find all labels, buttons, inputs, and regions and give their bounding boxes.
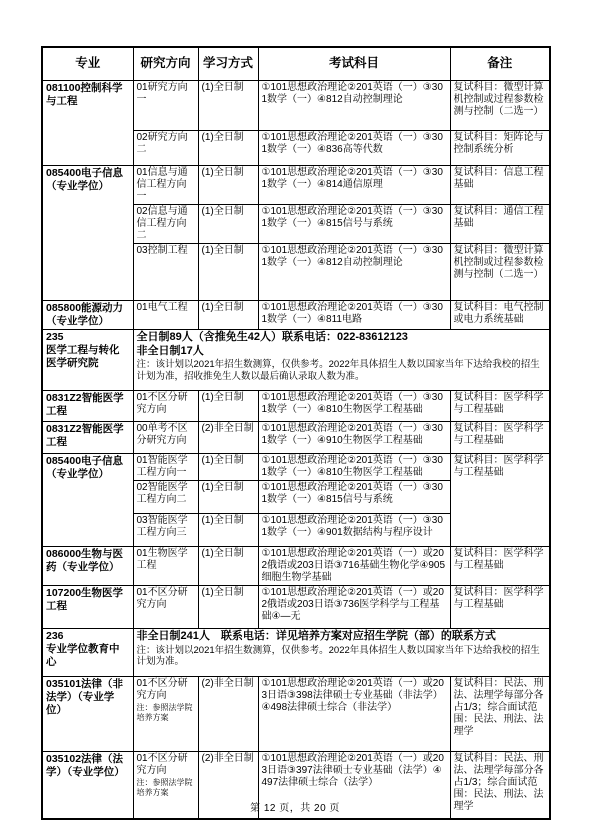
direction-cell: 02研究方向二: [133, 130, 198, 165]
exam-cell: ①101思想政治理论②201英语（一）③301数学（一）④910生物医学工程基础: [258, 421, 450, 453]
exam-cell: ①101思想政治理论②201英语（一）③301数学（一）④812自动控制理论: [258, 243, 450, 300]
section-dept-cell: 236 专业学位教育中心: [42, 628, 133, 676]
major-cell: 0831Z2智能医学工程: [42, 390, 133, 421]
table-row: 0831Z2智能医学工程 00单考不区分研究方向 (2)非全日制 ①101思想政…: [42, 421, 550, 453]
mode-cell: (1)全日制: [198, 80, 258, 130]
major-cell: 085400电子信息（专业学位）: [42, 453, 133, 546]
direction-cell: 01研究方向一: [133, 80, 198, 130]
section-info-cell: 全日制89人（含推免生42人）联系电话：022-83612123 非全日制17人…: [133, 329, 550, 390]
table-header-row: 专业 研究方向 学习方式 考试科目 备注: [42, 47, 550, 80]
table-row: 085400电子信息（专业学位） 01信息与通信工程方向一 (1)全日制 ①10…: [42, 165, 550, 204]
remark-cell: 复试科目：医学科学与工程基础: [450, 421, 550, 453]
exam-cell: ①101思想政治理论②201英语（一）③301数学（一）④810生物医学工程基础: [258, 453, 450, 480]
section-row-236: 236 专业学位教育中心 非全日制241人 联系电话：详见培养方案对应招生学院（…: [42, 628, 550, 676]
mode-cell: (1)全日制: [198, 204, 258, 243]
table-row: 035101法律（非法学）（专业学位） 01不区分研究方向 注：参照法学院培养方…: [42, 676, 550, 751]
direction-cell: 02智能医学工程方向二: [133, 480, 198, 513]
major-cell: 0831Z2智能医学工程: [42, 421, 133, 453]
remark-cell: 复试科目：微型计算机控制或过程参数检测与控制（二选一）: [450, 80, 550, 130]
direction-cell: 03智能医学工程方向三: [133, 513, 198, 546]
table-row: 085400电子信息（专业学位） 01智能医学工程方向一 (1)全日制 ①101…: [42, 453, 550, 480]
section-code: 236: [46, 630, 130, 643]
section-note: 注：该计划以2021年招生数测算，仅供参考。2022年具体招生人数以国家当年下达…: [137, 645, 547, 669]
direction-cell: 01不区分研究方向 注：参照法学院培养方案: [133, 676, 198, 751]
page-number-footer: 第 12 页，共 20 页: [0, 799, 590, 814]
exam-cell: ①101思想政治理论②201英语（一）③301数学（一）④810生物医学工程基础: [258, 390, 450, 421]
section-quota-line: 非全日制241人 联系电话：详见培养方案对应招生学院（部）的联系方式: [137, 630, 547, 644]
major-cell: 086000生物与医药（专业学位）: [42, 546, 133, 585]
mode-cell: (1)全日制: [198, 546, 258, 585]
mode-cell: (1)全日制: [198, 513, 258, 546]
table-row: 086000生物与医药（专业学位） 01生物医学工程 (1)全日制 ①101思想…: [42, 546, 550, 585]
direction-text: 01不区分研究方向: [137, 678, 195, 702]
direction-cell: 01信息与通信工程方向一: [133, 165, 198, 204]
direction-cell: 02信息与通信工程方向二: [133, 204, 198, 243]
exam-cell: ①101思想政治理论②201英语（一）③301数学（一）④811电路: [258, 300, 450, 329]
mode-cell: (1)全日制: [198, 480, 258, 513]
direction-note: 注：参照法学院培养方案: [137, 703, 195, 723]
mode-cell: (1)全日制: [198, 165, 258, 204]
mode-cell: (1)全日制: [198, 300, 258, 329]
remark-cell: 复试科目：医学科学与工程基础: [450, 585, 550, 628]
major-cell: 085800能源动力（专业学位）: [42, 300, 133, 329]
section-note: 注：该计划以2021年招生数测算，仅供参考。2022年具体招生人数以国家当年下达…: [137, 359, 547, 383]
major-cell: 085400电子信息（专业学位）: [42, 165, 133, 300]
section-dept-name: 专业学位教育中心: [46, 643, 130, 669]
exam-cell: ①101思想政治理论②201英语（一）或202俄语或203日语③716基础生物化…: [258, 546, 450, 585]
remark-cell: 复试科目：信息工程基础: [450, 165, 550, 204]
remark-cell: 复试科目：民法、刑法、法理学每部分各占1/3；综合面试范围：民法、刑法、法理学: [450, 676, 550, 751]
exam-cell: ①101思想政治理论②201英语（一）③301数学（一）④814通信原理: [258, 165, 450, 204]
section-row-235: 235 医学工程与转化医学研究院 全日制89人（含推免生42人）联系电话：022…: [42, 329, 550, 390]
exam-cell: ①101思想政治理论②201英语（一）或203日语③398法律硕士专业基础（非法…: [258, 676, 450, 751]
direction-cell: 01生物医学工程: [133, 546, 198, 585]
exam-cell: ①101思想政治理论②201英语（一）③301数学（一）④812自动控制理论: [258, 80, 450, 130]
mode-cell: (2)非全日制: [198, 421, 258, 453]
remark-cell: 复试科目：通信工程基础: [450, 204, 550, 243]
remark-cell: 复试科目：医学科学与工程基础: [450, 546, 550, 585]
major-cell: 107200生物医学工程: [42, 585, 133, 628]
mode-cell: (2)非全日制: [198, 676, 258, 751]
mode-cell: (1)全日制: [198, 453, 258, 480]
major-cell: 035101法律（非法学）（专业学位）: [42, 676, 133, 751]
exam-cell: ①101思想政治理论②201英语（一）③301数学（一）④815信号与系统: [258, 480, 450, 513]
direction-cell: 03控制工程: [133, 243, 198, 300]
section-code: 235: [46, 331, 130, 344]
table-row: 081100控制科学与工程 01研究方向一 (1)全日制 ①101思想政治理论②…: [42, 80, 550, 130]
table-row: 0831Z2智能医学工程 01不区分研究方向 (1)全日制 ①101思想政治理论…: [42, 390, 550, 421]
mode-cell: (1)全日制: [198, 243, 258, 300]
table-row: 085800能源动力（专业学位） 01电气工程 (1)全日制 ①101思想政治理…: [42, 300, 550, 329]
exam-cell: ①101思想政治理论②201英语（一）③301数学（一）④815信号与系统: [258, 204, 450, 243]
section-info-cell: 非全日制241人 联系电话：详见培养方案对应招生学院（部）的联系方式 注：该计划…: [133, 628, 550, 676]
mode-cell: (1)全日制: [198, 130, 258, 165]
direction-cell: 01不区分研究方向: [133, 390, 198, 421]
col-header-mode: 学习方式: [198, 47, 258, 80]
col-header-direction: 研究方向: [133, 47, 198, 80]
document-page: 专业 研究方向 学习方式 考试科目 备注 081100控制科学与工程 01研究方…: [0, 0, 590, 832]
section-dept-name: 医学工程与转化医学研究院: [46, 344, 130, 370]
col-header-major: 专业: [42, 47, 133, 80]
exam-cell: ①101思想政治理论②201英语（一）③301数学（一）④901数据结构与程序设…: [258, 513, 450, 546]
exam-cell: ①101思想政治理论②201英语（一）③301数学（一）④836高等代数: [258, 130, 450, 165]
exam-cell: ①101思想政治理论②201英语（一）或202俄语或203日语③736医学科学与…: [258, 585, 450, 628]
remark-cell: 复试科目：医学科学与工程基础: [450, 390, 550, 421]
remark-cell: 复试科目：电气控制或电力系统基础: [450, 300, 550, 329]
direction-note: 注：参照法学院培养方案: [137, 778, 195, 798]
admissions-table: 专业 研究方向 学习方式 考试科目 备注 081100控制科学与工程 01研究方…: [41, 46, 551, 820]
remark-cell: 复试科目：矩阵论与控制系统分析: [450, 130, 550, 165]
section-quota-line: 全日制89人（含推免生42人）联系电话：022-83612123: [137, 331, 547, 345]
mode-cell: (1)全日制: [198, 390, 258, 421]
remark-cell: 复试科目：医学科学与工程基础: [450, 453, 550, 546]
table-row: 107200生物医学工程 01不区分研究方向 (1)全日制 ①101思想政治理论…: [42, 585, 550, 628]
direction-cell: 01智能医学工程方向一: [133, 453, 198, 480]
direction-cell: 01不区分研究方向: [133, 585, 198, 628]
direction-cell: 01电气工程: [133, 300, 198, 329]
col-header-remark: 备注: [450, 47, 550, 80]
major-cell: 081100控制科学与工程: [42, 80, 133, 165]
mode-cell: (1)全日制: [198, 585, 258, 628]
section-quota-line: 非全日制17人: [137, 345, 547, 359]
direction-text: 01不区分研究方向: [137, 753, 195, 777]
remark-cell: 复试科目：微型计算机控制或过程参数检测与控制（二选一）: [450, 243, 550, 300]
direction-cell: 00单考不区分研究方向: [133, 421, 198, 453]
col-header-exam: 考试科目: [258, 47, 450, 80]
section-dept-cell: 235 医学工程与转化医学研究院: [42, 329, 133, 390]
